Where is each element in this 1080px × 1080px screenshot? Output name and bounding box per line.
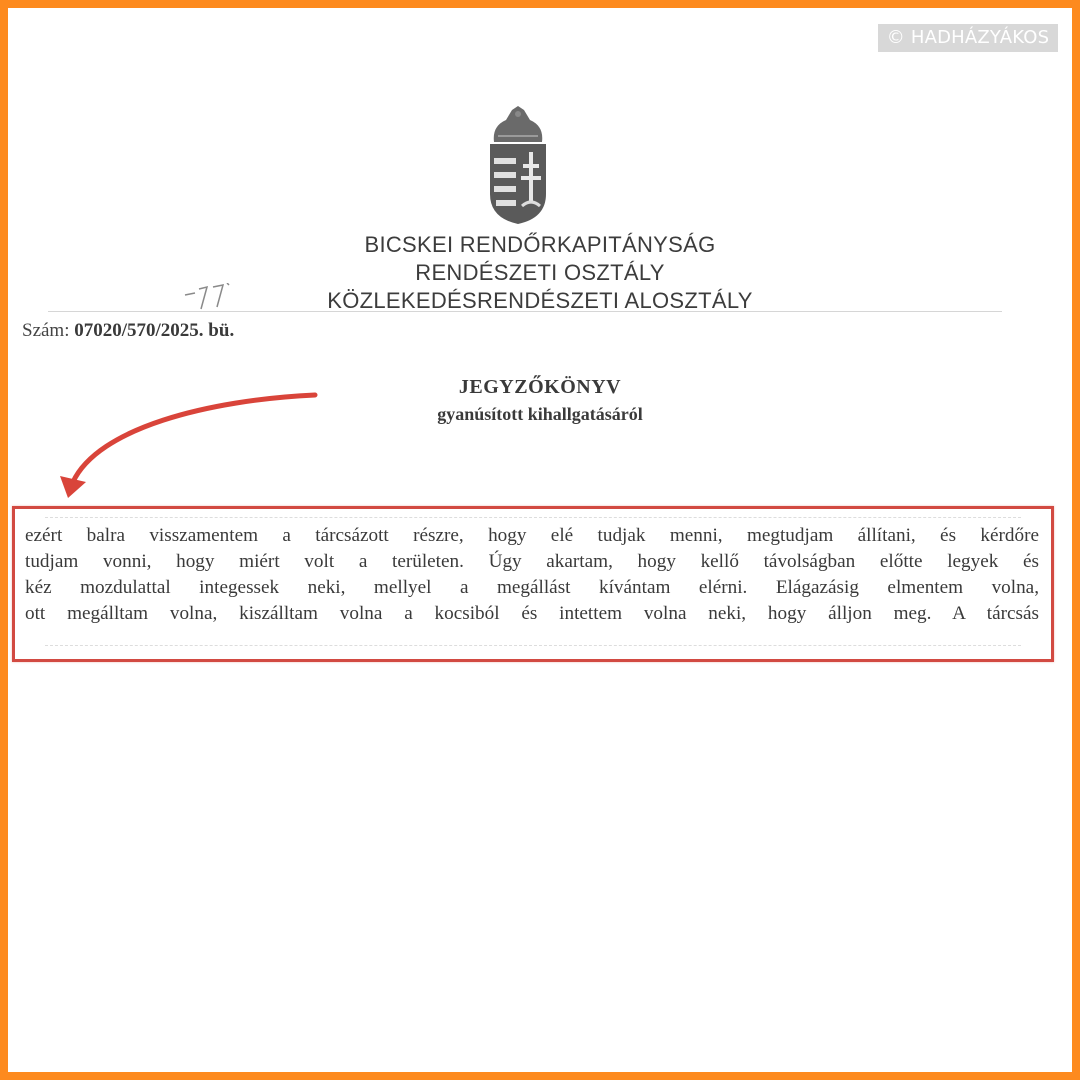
reference-label: Szám: — [22, 320, 70, 341]
letterhead-line: BICSKEI RENDŐRKAPITÁNYSÁG — [8, 232, 1072, 258]
letterhead-line: RENDÉSZETI OSZTÁLY — [8, 260, 1072, 286]
document-page: © HADHÁZYÁKOS BICSKEI RENDŐRKAPITÁNYSÁG … — [8, 8, 1072, 1072]
handwritten-mark-icon — [183, 283, 243, 313]
document-subtitle: gyanúsított kihallgatásáról — [8, 404, 1072, 425]
cropped-text-edge — [45, 517, 1021, 521]
hungarian-coat-of-arms-icon — [478, 106, 558, 230]
excerpt-line: ezért balra visszamentem a tárcsázott ré… — [25, 523, 1039, 549]
reference-value: 07020/570/2025. bü. — [74, 320, 234, 341]
excerpt-line: kéz mozdulattal integessek neki, mellyel… — [25, 575, 1039, 601]
reference-number: Szám: 07020/570/2025. bü. — [22, 320, 234, 342]
excerpt-line: tudjam vonni, hogy miért volt a területe… — [25, 549, 1039, 575]
excerpt-line: ott megálltam volna, kiszálltam volna a … — [25, 601, 1039, 627]
cropped-text-edge — [45, 645, 1021, 649]
excerpt-text: ezért balra visszamentem a tárcsázott ré… — [25, 523, 1039, 627]
document-title: JEGYZŐKÖNYV — [8, 376, 1072, 399]
highlighted-excerpt: ezért balra visszamentem a tárcsázott ré… — [12, 506, 1054, 662]
watermark: © HADHÁZYÁKOS — [878, 24, 1058, 52]
divider — [48, 311, 1002, 312]
